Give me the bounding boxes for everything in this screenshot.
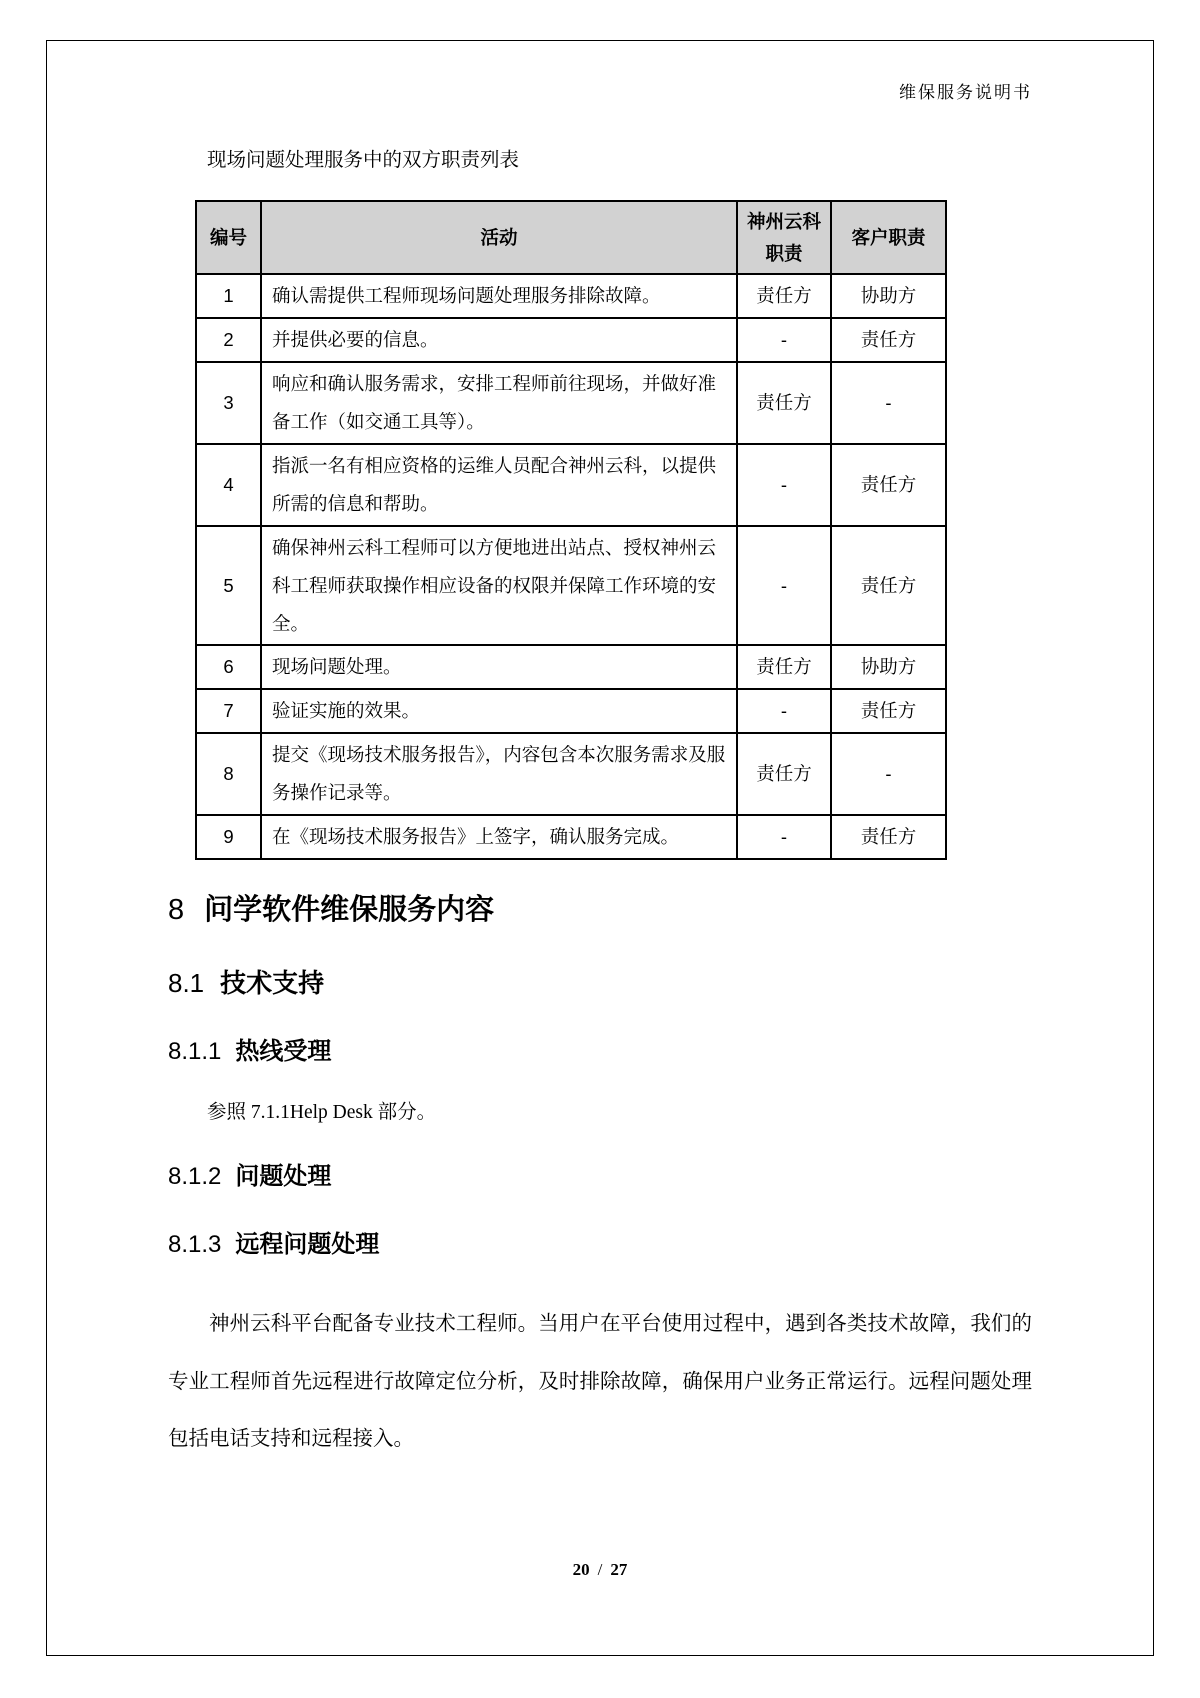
header-cell-vendor-duty: 神州云科职责 (737, 201, 831, 274)
section-number: 8 (168, 894, 184, 926)
intro-caption: 现场问题处理服务中的双方职责列表 (168, 147, 1032, 174)
document-header-title: 维保服务说明书 (899, 83, 1032, 102)
cell-activity: 在《现场技术服务报告》上签字，确认服务完成。 (261, 815, 737, 859)
cell-activity: 确认需提供工程师现场问题处理服务排除故障。 (261, 274, 737, 318)
cell-customer-duty: 协助方 (831, 274, 946, 318)
section-number: 8.1.2 (168, 1163, 221, 1190)
responsibility-table: 编号 活动 神州云科职责 客户职责 1 确认需提供工程师现场问题处理服务排除故障… (195, 200, 947, 860)
cell-activity: 并提供必要的信息。 (261, 318, 737, 362)
cell-row-number: 5 (196, 526, 261, 646)
table-row: 5 确保神州云科工程师可以方便地进出站点、授权神州云科工程师获取操作相应设备的权… (196, 526, 946, 646)
cell-activity: 响应和确认服务需求，安排工程师前往现场，并做好准备工作（如交通工具等）。 (261, 362, 737, 444)
section-heading-8-1-2: 8.1.2问题处理 (168, 1160, 1032, 1194)
section-title: 远程问题处理 (235, 1231, 379, 1258)
cell-activity: 确保神州云科工程师可以方便地进出站点、授权神州云科工程师获取操作相应设备的权限并… (261, 526, 737, 646)
cell-customer-duty: 责任方 (831, 689, 946, 733)
cell-vendor-duty: 责任方 (737, 362, 831, 444)
paragraph-helpdesk-ref: 参照 7.1.1Help Desk 部分。 (168, 1099, 1032, 1126)
cell-row-number: 6 (196, 645, 261, 689)
cell-vendor-duty: - (737, 526, 831, 646)
section-number: 8.1.1 (168, 1038, 221, 1065)
table-header-row: 编号 活动 神州云科职责 客户职责 (196, 201, 946, 274)
header-cell-customer-duty: 客户职责 (831, 201, 946, 274)
cell-customer-duty: 责任方 (831, 815, 946, 859)
table-row: 3 响应和确认服务需求，安排工程师前往现场，并做好准备工作（如交通工具等）。 责… (196, 362, 946, 444)
cell-row-number: 8 (196, 733, 261, 815)
cell-vendor-duty: - (737, 689, 831, 733)
cell-row-number: 3 (196, 362, 261, 444)
cell-vendor-duty: 责任方 (737, 274, 831, 318)
cell-vendor-duty: - (737, 444, 831, 526)
cell-customer-duty: 责任方 (831, 444, 946, 526)
section-heading-8-1-1: 8.1.1热线受理 (168, 1035, 1032, 1069)
cell-customer-duty: 责任方 (831, 526, 946, 646)
document-header: 维保服务说明书 (168, 0, 1032, 103)
table-row: 1 确认需提供工程师现场问题处理服务排除故障。 责任方 协助方 (196, 274, 946, 318)
section-heading-8-1: 8.1技术支持 (168, 965, 1032, 1001)
footer-page-separator: / (598, 1560, 603, 1579)
cell-row-number: 4 (196, 444, 261, 526)
paragraph-remote-handling: 神州云科平台配备专业技术工程师。当用户在平台使用过程中，遇到各类技术故障，我们的… (168, 1295, 1032, 1467)
footer-page-current: 20 (573, 1560, 590, 1579)
cell-vendor-duty: - (737, 815, 831, 859)
cell-row-number: 9 (196, 815, 261, 859)
table-row: 9 在《现场技术服务报告》上签字，确认服务完成。 - 责任方 (196, 815, 946, 859)
cell-row-number: 2 (196, 318, 261, 362)
section-title: 问学软件维保服务内容 (204, 894, 494, 926)
cell-row-number: 7 (196, 689, 261, 733)
table-row: 2 并提供必要的信息。 - 责任方 (196, 318, 946, 362)
cell-vendor-duty: - (737, 318, 831, 362)
section-heading-8: 8问学软件维保服务内容 (168, 890, 1032, 931)
page-footer: 20/27 (0, 1560, 1200, 1580)
cell-customer-duty: - (831, 733, 946, 815)
table-row: 8 提交《现场技术服务报告》，内容包含本次服务需求及服务操作记录等。 责任方 - (196, 733, 946, 815)
header-cell-number: 编号 (196, 201, 261, 274)
cell-activity: 现场问题处理。 (261, 645, 737, 689)
section-title: 热线受理 (235, 1038, 331, 1065)
section-title: 技术支持 (220, 968, 324, 998)
section-title: 问题处理 (235, 1163, 331, 1190)
cell-activity: 验证实施的效果。 (261, 689, 737, 733)
cell-activity: 指派一名有相应资格的运维人员配合神州云科，以提供所需的信息和帮助。 (261, 444, 737, 526)
section-number: 8.1.3 (168, 1231, 221, 1258)
cell-customer-duty: 协助方 (831, 645, 946, 689)
cell-row-number: 1 (196, 274, 261, 318)
cell-customer-duty: 责任方 (831, 318, 946, 362)
cell-customer-duty: - (831, 362, 946, 444)
section-heading-8-1-3: 8.1.3远程问题处理 (168, 1228, 1032, 1262)
page-content: 维保服务说明书 现场问题处理服务中的双方职责列表 编号 活动 神州云科职责 客户… (168, 0, 1032, 1488)
table-row: 6 现场问题处理。 责任方 协助方 (196, 645, 946, 689)
header-cell-activity: 活动 (261, 201, 737, 274)
table-row: 7 验证实施的效果。 - 责任方 (196, 689, 946, 733)
footer-page-total: 27 (610, 1560, 627, 1579)
section-number: 8.1 (168, 968, 204, 998)
table-row: 4 指派一名有相应资格的运维人员配合神州云科，以提供所需的信息和帮助。 - 责任… (196, 444, 946, 526)
cell-vendor-duty: 责任方 (737, 645, 831, 689)
cell-activity: 提交《现场技术服务报告》，内容包含本次服务需求及服务操作记录等。 (261, 733, 737, 815)
cell-vendor-duty: 责任方 (737, 733, 831, 815)
